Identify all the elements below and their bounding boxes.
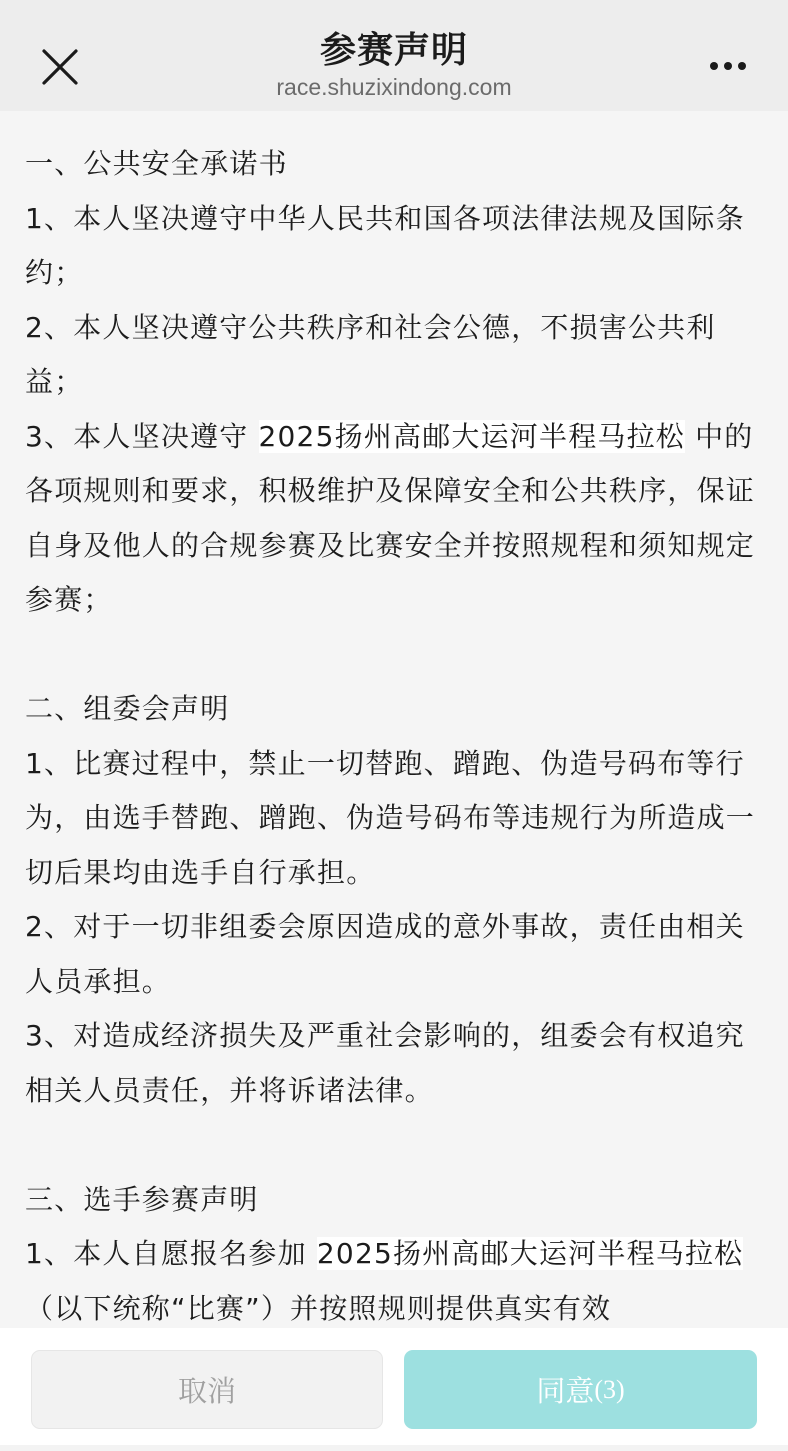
bottom-edge <box>0 1445 788 1451</box>
page-title: 参赛声明 <box>0 28 788 74</box>
cancel-button[interactable]: 取消 <box>31 1350 383 1429</box>
page-url: race.shuzixindong.com <box>0 72 788 102</box>
agree-countdown: (3) <box>594 1375 624 1405</box>
declaration-item: 2、本人坚决遵守公共秩序和社会公德，不损害公共利益； <box>25 301 763 410</box>
declaration-item: 1、比赛过程中，禁止一切替跑、蹭跑、伪造号码布等行为，由选手替跑、蹭跑、伪造号码… <box>25 737 763 901</box>
event-name-highlight: 2025扬州高邮大运河半程马 <box>317 1237 685 1270</box>
more-horizontal-icon <box>724 62 732 70</box>
declaration-item: 3、本人坚决遵守 2025扬州高邮大运河半程马拉松 中的各项规则和要求，积极维护… <box>25 410 763 628</box>
event-name-highlight: 2025扬州高邮大运河半程马拉 <box>259 420 656 453</box>
declaration-item: 1、本人坚决遵守中华人民共和国各项法律法规及国际条约； <box>25 192 763 301</box>
item-prefix: 1、本人自愿报名参加 <box>25 1237 317 1270</box>
declaration-item: 3、对造成经济损失及严重社会影响的，组委会有权追究相关人员责任，并将诉诸法律。 <box>25 1009 763 1118</box>
event-name-highlight: 拉松 <box>685 1237 743 1270</box>
event-name-highlight: 松 <box>656 420 685 453</box>
agree-button[interactable]: 同意(3) <box>404 1350 757 1429</box>
spacer <box>25 628 763 683</box>
declaration-content[interactable]: 一、公共安全承诺书 1、本人坚决遵守中华人民共和国各项法律法规及国际条约； 2、… <box>0 111 788 1328</box>
title-block: 参赛声明 race.shuzixindong.com <box>0 28 788 102</box>
action-bar: 取消 同意(3) <box>0 1328 788 1445</box>
more-options-button[interactable] <box>702 50 754 82</box>
top-nav-bar: 参赛声明 race.shuzixindong.com <box>0 0 788 111</box>
more-horizontal-icon <box>710 62 718 70</box>
section-heading: 二、组委会声明 <box>25 682 763 737</box>
section-heading: 三、选手参赛声明 <box>25 1173 763 1228</box>
declaration-item: 2、对于一切非组委会原因造成的意外事故，责任由相关人员承担。 <box>25 900 763 1009</box>
agree-label: 同意 <box>536 1369 594 1410</box>
item-prefix: 3、本人坚决遵守 <box>25 420 259 453</box>
declaration-item: 1、本人自愿报名参加 2025扬州高邮大运河半程马拉松（以下统称“比赛”）并按照… <box>25 1227 763 1328</box>
item-suffix: （以下统称“比赛”）并按照规则提供真实有效 <box>25 1292 611 1325</box>
more-horizontal-icon <box>738 62 746 70</box>
cancel-label: 取消 <box>178 1369 236 1410</box>
section-heading: 一、公共安全承诺书 <box>25 137 763 192</box>
spacer <box>25 1118 763 1173</box>
